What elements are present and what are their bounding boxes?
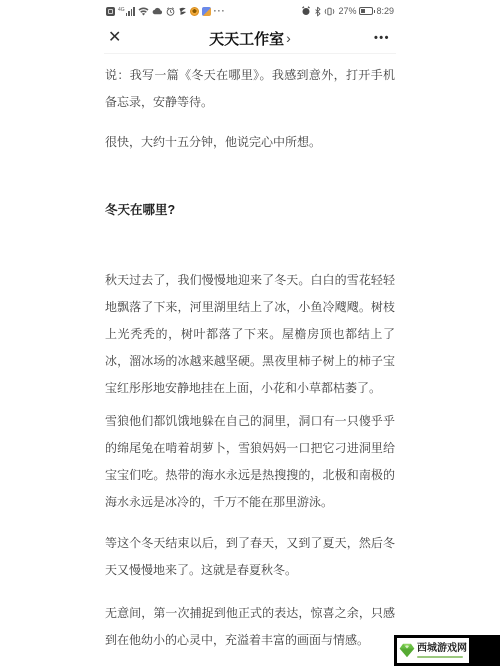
more-menu-button[interactable]: •••: [368, 32, 396, 44]
vibrate-icon: [324, 6, 335, 17]
status-right-icons: 27% 8:29: [301, 6, 394, 17]
account-title-label: 天天工作室: [209, 28, 284, 49]
status-left-icons: 4G: [106, 6, 226, 16]
signal-4g-label: 4G: [118, 7, 125, 13]
notification-overflow-dots: ···: [214, 6, 226, 16]
chevron-right-icon: ›: [286, 30, 291, 46]
close-icon[interactable]: ✕: [104, 30, 125, 46]
bluetooth-icon: [314, 6, 321, 17]
alarm-icon: [301, 6, 311, 16]
signal-4g-icon: 4G: [118, 7, 135, 16]
nav-bar: ✕ 天天工作室 › •••: [104, 23, 396, 54]
paragraph: 雪狼他们都饥饿地躲在自己的洞里，洞口有一只傻乎乎的绵尾兔在啃着胡萝卜，雪狼妈妈一…: [105, 408, 395, 516]
account-title[interactable]: 天天工作室 ›: [209, 28, 291, 49]
photos-app-badge-icon: [202, 7, 211, 16]
paragraph: 说：我写一篇《冬天在哪里》。我感到意外，打开手机备忘录，安静等待。: [105, 62, 395, 116]
paragraph: 无意间，第一次捕捉到他正式的表达，惊喜之余，只感到在他幼小的心灵中，充溢着丰富的…: [105, 600, 395, 654]
paragraph: 很快，大约十五分钟，他说完心中所想。: [105, 129, 395, 156]
gem-logo-icon: [399, 643, 415, 658]
watermark-tagline-strip: [417, 656, 463, 659]
paragraph: 秋天过去了，我们慢慢地迎来了冬天。白白的雪花轻轻地飘落了下来，河里湖里结上了冰，…: [105, 267, 395, 402]
camera-app-badge-icon: [190, 7, 199, 16]
battery-icon: [359, 7, 373, 15]
site-watermark-card: 西城游戏网: [397, 638, 469, 663]
watermark-site-name: 西城游戏网: [417, 643, 467, 654]
status-time: 8:29: [376, 6, 394, 16]
article-body: 说：我写一篇《冬天在哪里》。我感到意外，打开手机备忘录，安静等待。 很快，大约十…: [104, 62, 396, 654]
wifi-icon: [138, 7, 149, 16]
screenshot-app-icon: [106, 7, 115, 16]
ink-brush-app-icon: [178, 7, 187, 16]
alarm-clock-icon: [166, 7, 175, 16]
phone-screenshot: 4G: [104, 0, 396, 654]
battery-percent: 27%: [338, 6, 356, 16]
status-bar: 4G: [104, 4, 396, 18]
site-watermark: 西城游戏网: [394, 635, 500, 666]
article-heading: 冬天在哪里?: [105, 197, 395, 224]
paragraph: 等这个冬天结束以后，到了春天，又到了夏天，然后冬天又慢慢地来了。这就是春夏秋冬。: [105, 530, 395, 584]
cloud-icon: [152, 7, 163, 15]
